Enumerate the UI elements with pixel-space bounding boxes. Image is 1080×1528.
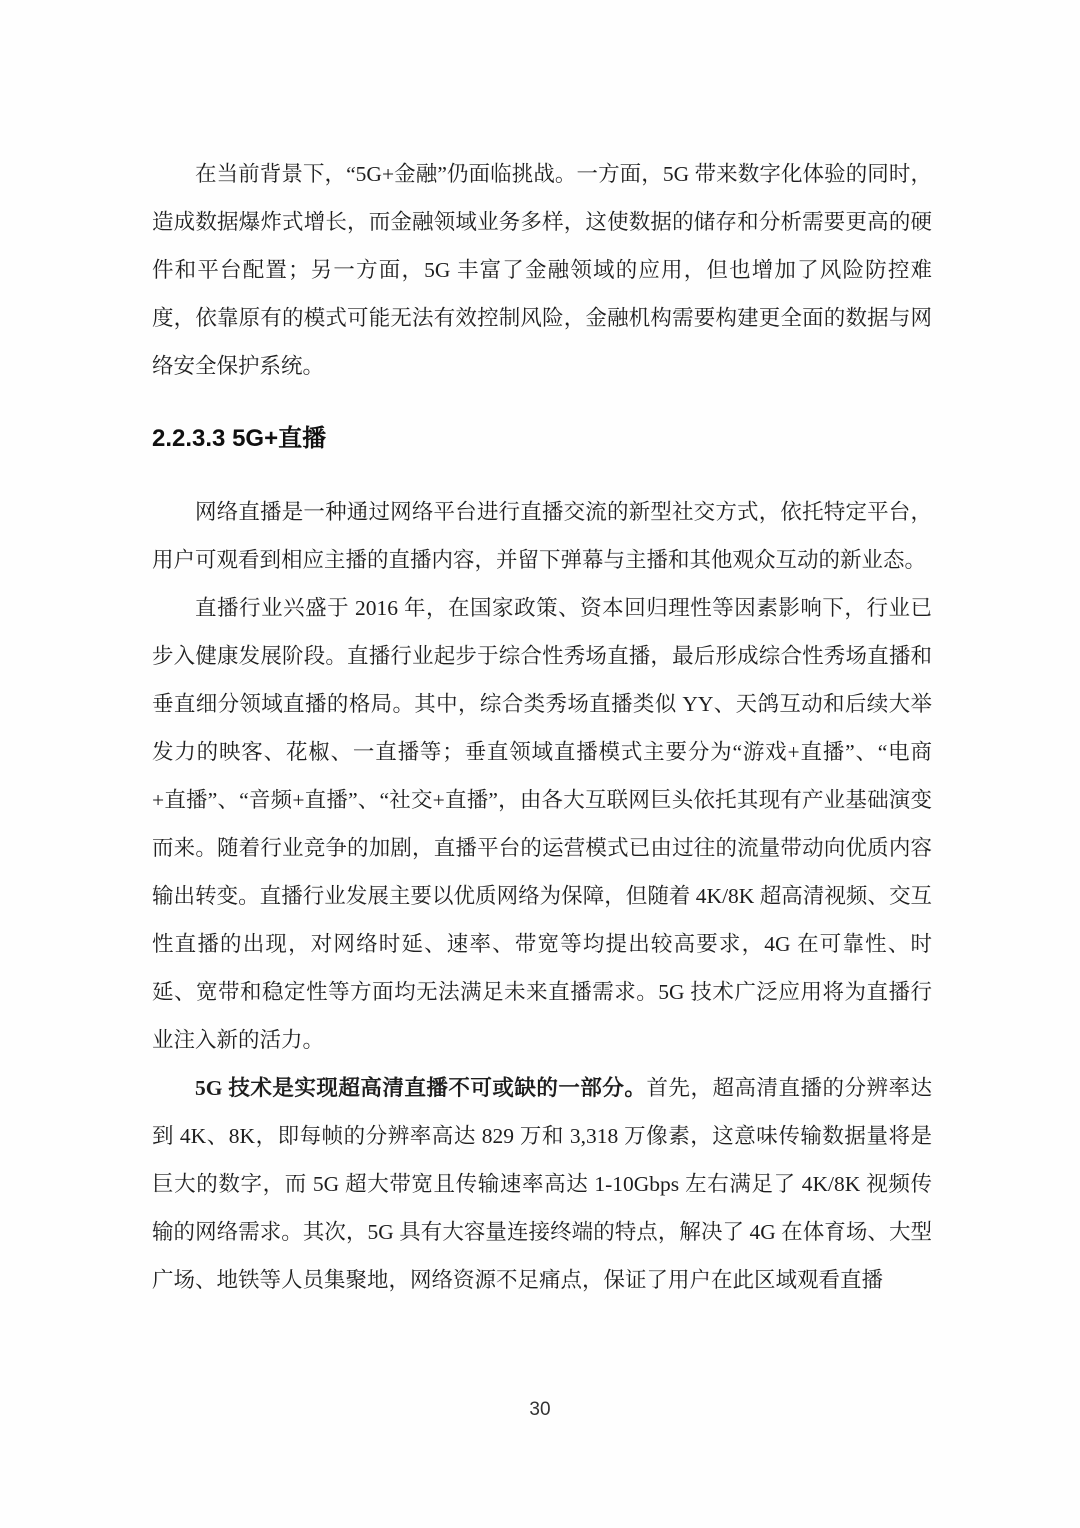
document-page: 在当前背景下，“5G+金融”仍面临挑战。一方面，5G 带来数字化体验的同时，造成…: [0, 0, 1080, 1528]
paragraph-5g-uhd-live: 5G 技术是实现超高清直播不可或缺的一部分。首先，超高清直播的分辨率达到 4K、…: [152, 1064, 932, 1304]
paragraph-5g-uhd-live-rest: 首先，超高清直播的分辨率达到 4K、8K，即每帧的分辨率高达 829 万和 3,…: [152, 1076, 932, 1292]
page-number: 30: [0, 1398, 1080, 1422]
bold-lead-sentence: 5G 技术是实现超高清直播不可或缺的一部分。: [195, 1076, 646, 1100]
paragraph-webcast-intro: 网络直播是一种通过网络平台进行直播交流的新型社交方式，依托特定平台，用户可观看到…: [152, 488, 932, 584]
text-column: 在当前背景下，“5G+金融”仍面临挑战。一方面，5G 带来数字化体验的同时，造成…: [152, 150, 932, 1304]
section-heading-5g-live-streaming: 2.2.3.3 5G+直播: [152, 424, 932, 454]
paragraph-5g-finance-challenges: 在当前背景下，“5G+金融”仍面临挑战。一方面，5G 带来数字化体验的同时，造成…: [152, 150, 932, 390]
paragraph-live-industry-history: 直播行业兴盛于 2016 年，在国家政策、资本回归理性等因素影响下，行业已步入健…: [152, 584, 932, 1064]
